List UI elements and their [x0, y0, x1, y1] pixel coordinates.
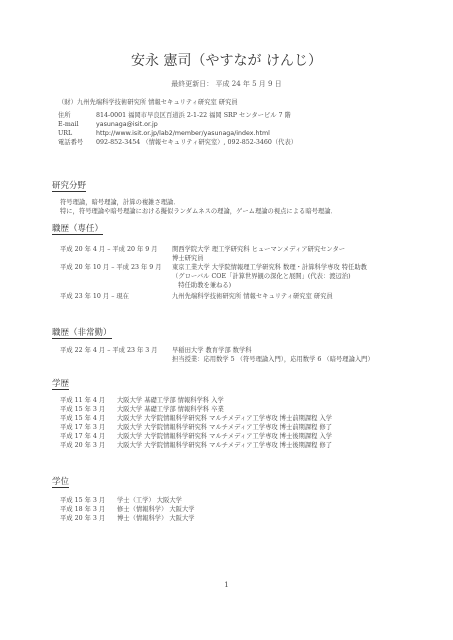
education-text: 大阪大学 大学院情報科学研究科 マルチメディア工学専攻 博士前期課程 入学	[117, 414, 332, 423]
career-text: 博士研究員	[172, 254, 203, 263]
contact-address: 814-0001 福岡市早良区百道浜 2-1-22 福岡 SRP センタービル …	[96, 111, 291, 120]
page-number: 1	[0, 581, 453, 589]
contact-url[interactable]: http://www.isit.or.jp/lab2/member/yasuna…	[96, 129, 270, 138]
career-period: 平成 23 年 10 月 – 現在	[60, 292, 129, 301]
degree-text: 学士（工学） 大阪大学	[117, 496, 182, 505]
contact-label-phone: 電話番号	[58, 138, 83, 147]
contact-label-url: URL	[58, 129, 72, 138]
page-title: 安永 憲司（やすなが けんじ）	[0, 50, 453, 70]
education-date: 平成 17 年 3 月	[60, 423, 105, 432]
education-text: 大阪大学 基礎工学部 情報科学科 卒業	[117, 405, 224, 414]
degree-date: 平成 15 年 3 月	[60, 496, 105, 505]
education-date: 平成 15 年 4 月	[60, 414, 105, 423]
last-updated: 最終更新日： 平成 24 年 5 月 9 日	[0, 79, 453, 89]
career-text: 九州先端科学技術研究所 情報セキュリティ研究室 研究員	[172, 292, 333, 301]
career-text: 早稲田大学 教育学部 数学科	[172, 346, 252, 355]
career-period: 平成 20 年 4 月 – 平成 20 年 9 月	[60, 245, 158, 254]
degree-date: 平成 20 年 3 月	[60, 514, 105, 523]
section-heading-research: 研究分野	[52, 181, 86, 192]
education-text: 大阪大学 大学院情報科学研究科 マルチメディア工学専攻 博士前期課程 修了	[117, 423, 332, 432]
career-text: 関西学院大学 理工学研究科 ヒューマンメディア研究センター	[172, 245, 345, 254]
contact-label-address: 住所	[58, 111, 71, 120]
career-period: 平成 22 年 4 月 – 平成 23 年 3 月	[60, 346, 158, 355]
section-heading-career-full: 職歴（専任）	[52, 224, 103, 235]
research-line: 符号理論，暗号理論，計算の複雑さ理論．	[60, 198, 180, 207]
career-text: 特任助教を兼ねる)	[172, 281, 231, 290]
contact-email[interactable]: yasunaga@isit.or.jp	[96, 120, 158, 129]
section-heading-degrees: 学位	[52, 477, 69, 488]
career-text: （グローバル COE「計算世界観の深化と展開」(代表：渡辺治)	[172, 272, 351, 281]
career-text: 東京工業大学 大学院情報理工学研究科 数理・計算科学専攻 特任助教	[172, 263, 367, 272]
education-date: 平成 11 年 4 月	[60, 396, 105, 405]
contact-label-email: E-mail	[58, 120, 79, 129]
education-date: 平成 17 年 4 月	[60, 432, 105, 441]
section-heading-education: 学歴	[52, 379, 69, 390]
section-heading-career-part: 職歴（非常勤）	[52, 328, 112, 339]
education-date: 平成 15 年 3 月	[60, 405, 105, 414]
affiliation: （財）九州先端科学技術研究所 情報セキュリティ研究室 研究員	[58, 98, 238, 107]
education-text: 大阪大学 基礎工学部 情報科学科 入学	[117, 396, 224, 405]
degree-text: 修士（情報科学） 大阪大学	[117, 505, 195, 514]
career-text: 担当授業：応用数学 5 （符号理論入門），応用数学 6 （暗号理論入門）	[172, 355, 374, 364]
career-period: 平成 20 年 10 月 – 平成 23 年 9 月	[60, 263, 162, 272]
degree-date: 平成 18 年 3 月	[60, 505, 105, 514]
education-date: 平成 20 年 3 月	[60, 441, 105, 450]
education-text: 大阪大学 大学院情報科学研究科 マルチメディア工学専攻 博士後期課程 修了	[117, 441, 332, 450]
degree-text: 博士（情報科学） 大阪大学	[117, 514, 195, 523]
research-line: 特に，符号理論や暗号理論における擬似ランダムネスの理論，ゲーム理論の視点による暗…	[60, 207, 337, 216]
education-text: 大阪大学 大学院情報科学研究科 マルチメディア工学専攻 博士後期課程 入学	[117, 432, 332, 441]
contact-phone: 092-852-3454 （情報セキュリティ研究室）, 092-852-3460…	[96, 138, 297, 147]
